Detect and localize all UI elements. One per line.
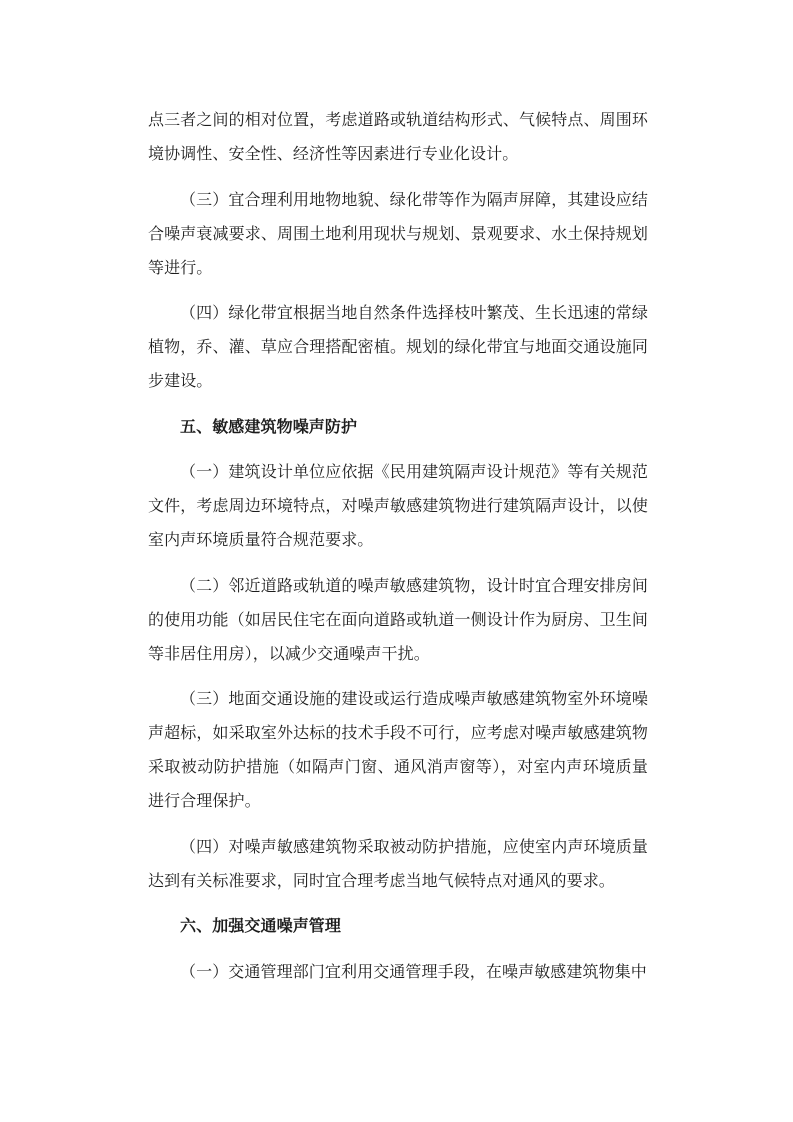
document-page: 点三者之间的相对位置，考虑道路或轨道结构形式、气候特点、周围环境协调性、安全性、… xyxy=(0,0,793,1122)
paragraph-item-3: （三）宜合理利用地物地貌、绿化带等作为隔声屏障，其建设应结合噪声衰减要求、周围土… xyxy=(148,184,648,286)
paragraph-item-2: （二）邻近道路或轨道的噪声敏感建筑物，设计时宜合理安排房间的使用功能（如居民住宅… xyxy=(148,570,648,672)
paragraph-continuation: 点三者之间的相对位置，考虑道路或轨道结构形式、气候特点、周围环境协调性、安全性、… xyxy=(148,104,648,172)
paragraph-item-1: （一）建筑设计单位应依据《民用建筑隔声设计规范》等有关规范文件，考虑周边环境特点… xyxy=(148,456,648,558)
document-body: 点三者之间的相对位置，考虑道路或轨道结构形式、气候特点、周围环境协调性、安全性、… xyxy=(148,104,648,990)
paragraph-item-1b: （一）交通管理部门宜利用交通管理手段，在噪声敏感建筑物集中 xyxy=(148,956,648,990)
paragraph-item-4: （四）绿化带宜根据当地自然条件选择枝叶繁茂、生长迅速的常绿植物，乔、灌、草应合理… xyxy=(148,297,648,399)
section-heading-5: 五、敏感建筑物噪声防护 xyxy=(148,411,648,445)
paragraph-item-3b: （三）地面交通设施的建设或运行造成噪声敏感建筑物室外环境噪声超标，如采取室外达标… xyxy=(148,683,648,819)
paragraph-item-4b: （四）对噪声敏感建筑物采取被动防护措施，应使室内声环境质量达到有关标准要求，同时… xyxy=(148,831,648,899)
section-heading-6: 六、加强交通噪声管理 xyxy=(148,910,648,944)
